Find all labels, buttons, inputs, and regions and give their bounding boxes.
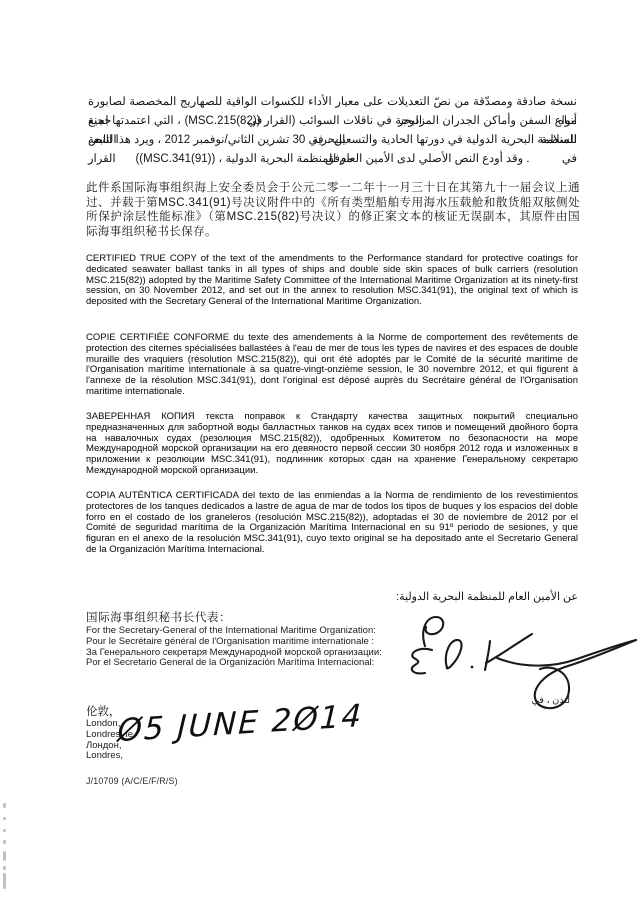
arabic-line: ((MSC.341(91)) ، وقد أودع النص الأصلي لد…: [88, 150, 577, 169]
scan-edge-mark: [3, 873, 6, 889]
signature-label-spanish: Por el Secretario General de la Organiza…: [86, 658, 382, 669]
document-page: { "page": { "background": "#ffffff", "te…: [0, 0, 640, 905]
spanish-certification-paragraph: COPIA AUTÉNTICA CERTIFICADA del texto de…: [86, 491, 578, 556]
handwritten-date-text: Ø5 JUNE 2Ø14: [117, 699, 348, 749]
russian-certification-paragraph: ЗАВЕРЕННАЯ КОПИЯ текста поправок к Станд…: [86, 412, 578, 477]
scan-edge-mark: [3, 851, 6, 861]
document-reference: J/10709 (A/C/E/F/R/S): [86, 776, 178, 786]
chinese-certification-paragraph: 此件系国际海事组织海上安全委员会于公元二零一二年十一月三十日在其第九十一届会议上…: [86, 181, 580, 239]
signature-label-french: Pour le Secrétaire général de l'Organisa…: [86, 637, 382, 648]
scan-edge-mark: [3, 840, 6, 844]
signature-label-chinese: 国际海事组织秘书长代表：: [86, 609, 231, 625]
arabic-certification-paragraph: نسخة صادقة ومصدّقة من نصّ التعديلات على …: [88, 93, 577, 169]
scan-edge-mark: [3, 829, 6, 832]
signature-label-arabic: عن الأمين العام للمنظمة البحرية الدولية:: [396, 590, 578, 603]
signature-labels: For the Secretary-General of the Interna…: [86, 626, 382, 669]
arabic-line: أنواع السفن وأماكن الجدران المزدوجة في ن…: [88, 112, 577, 131]
scan-edge-mark: [3, 817, 6, 820]
french-certification-paragraph: COPIE CERTIFIÉE CONFORME du texte des am…: [86, 333, 578, 398]
scan-edge-mark: [3, 803, 6, 808]
arabic-line: للمنظمة البحرية الدولية في دورتها الحادي…: [88, 131, 577, 150]
scan-edge-mark: [3, 866, 6, 870]
english-certification-paragraph: CERTIFIED TRUE COPY of the text of the a…: [86, 254, 578, 308]
city-line-arabic: لندن ، في: [508, 695, 570, 706]
arabic-line: نسخة صادقة ومصدّقة من نصّ التعديلات على …: [88, 93, 577, 112]
handwritten-date: Ø5 JUNE 2Ø14: [116, 699, 349, 771]
